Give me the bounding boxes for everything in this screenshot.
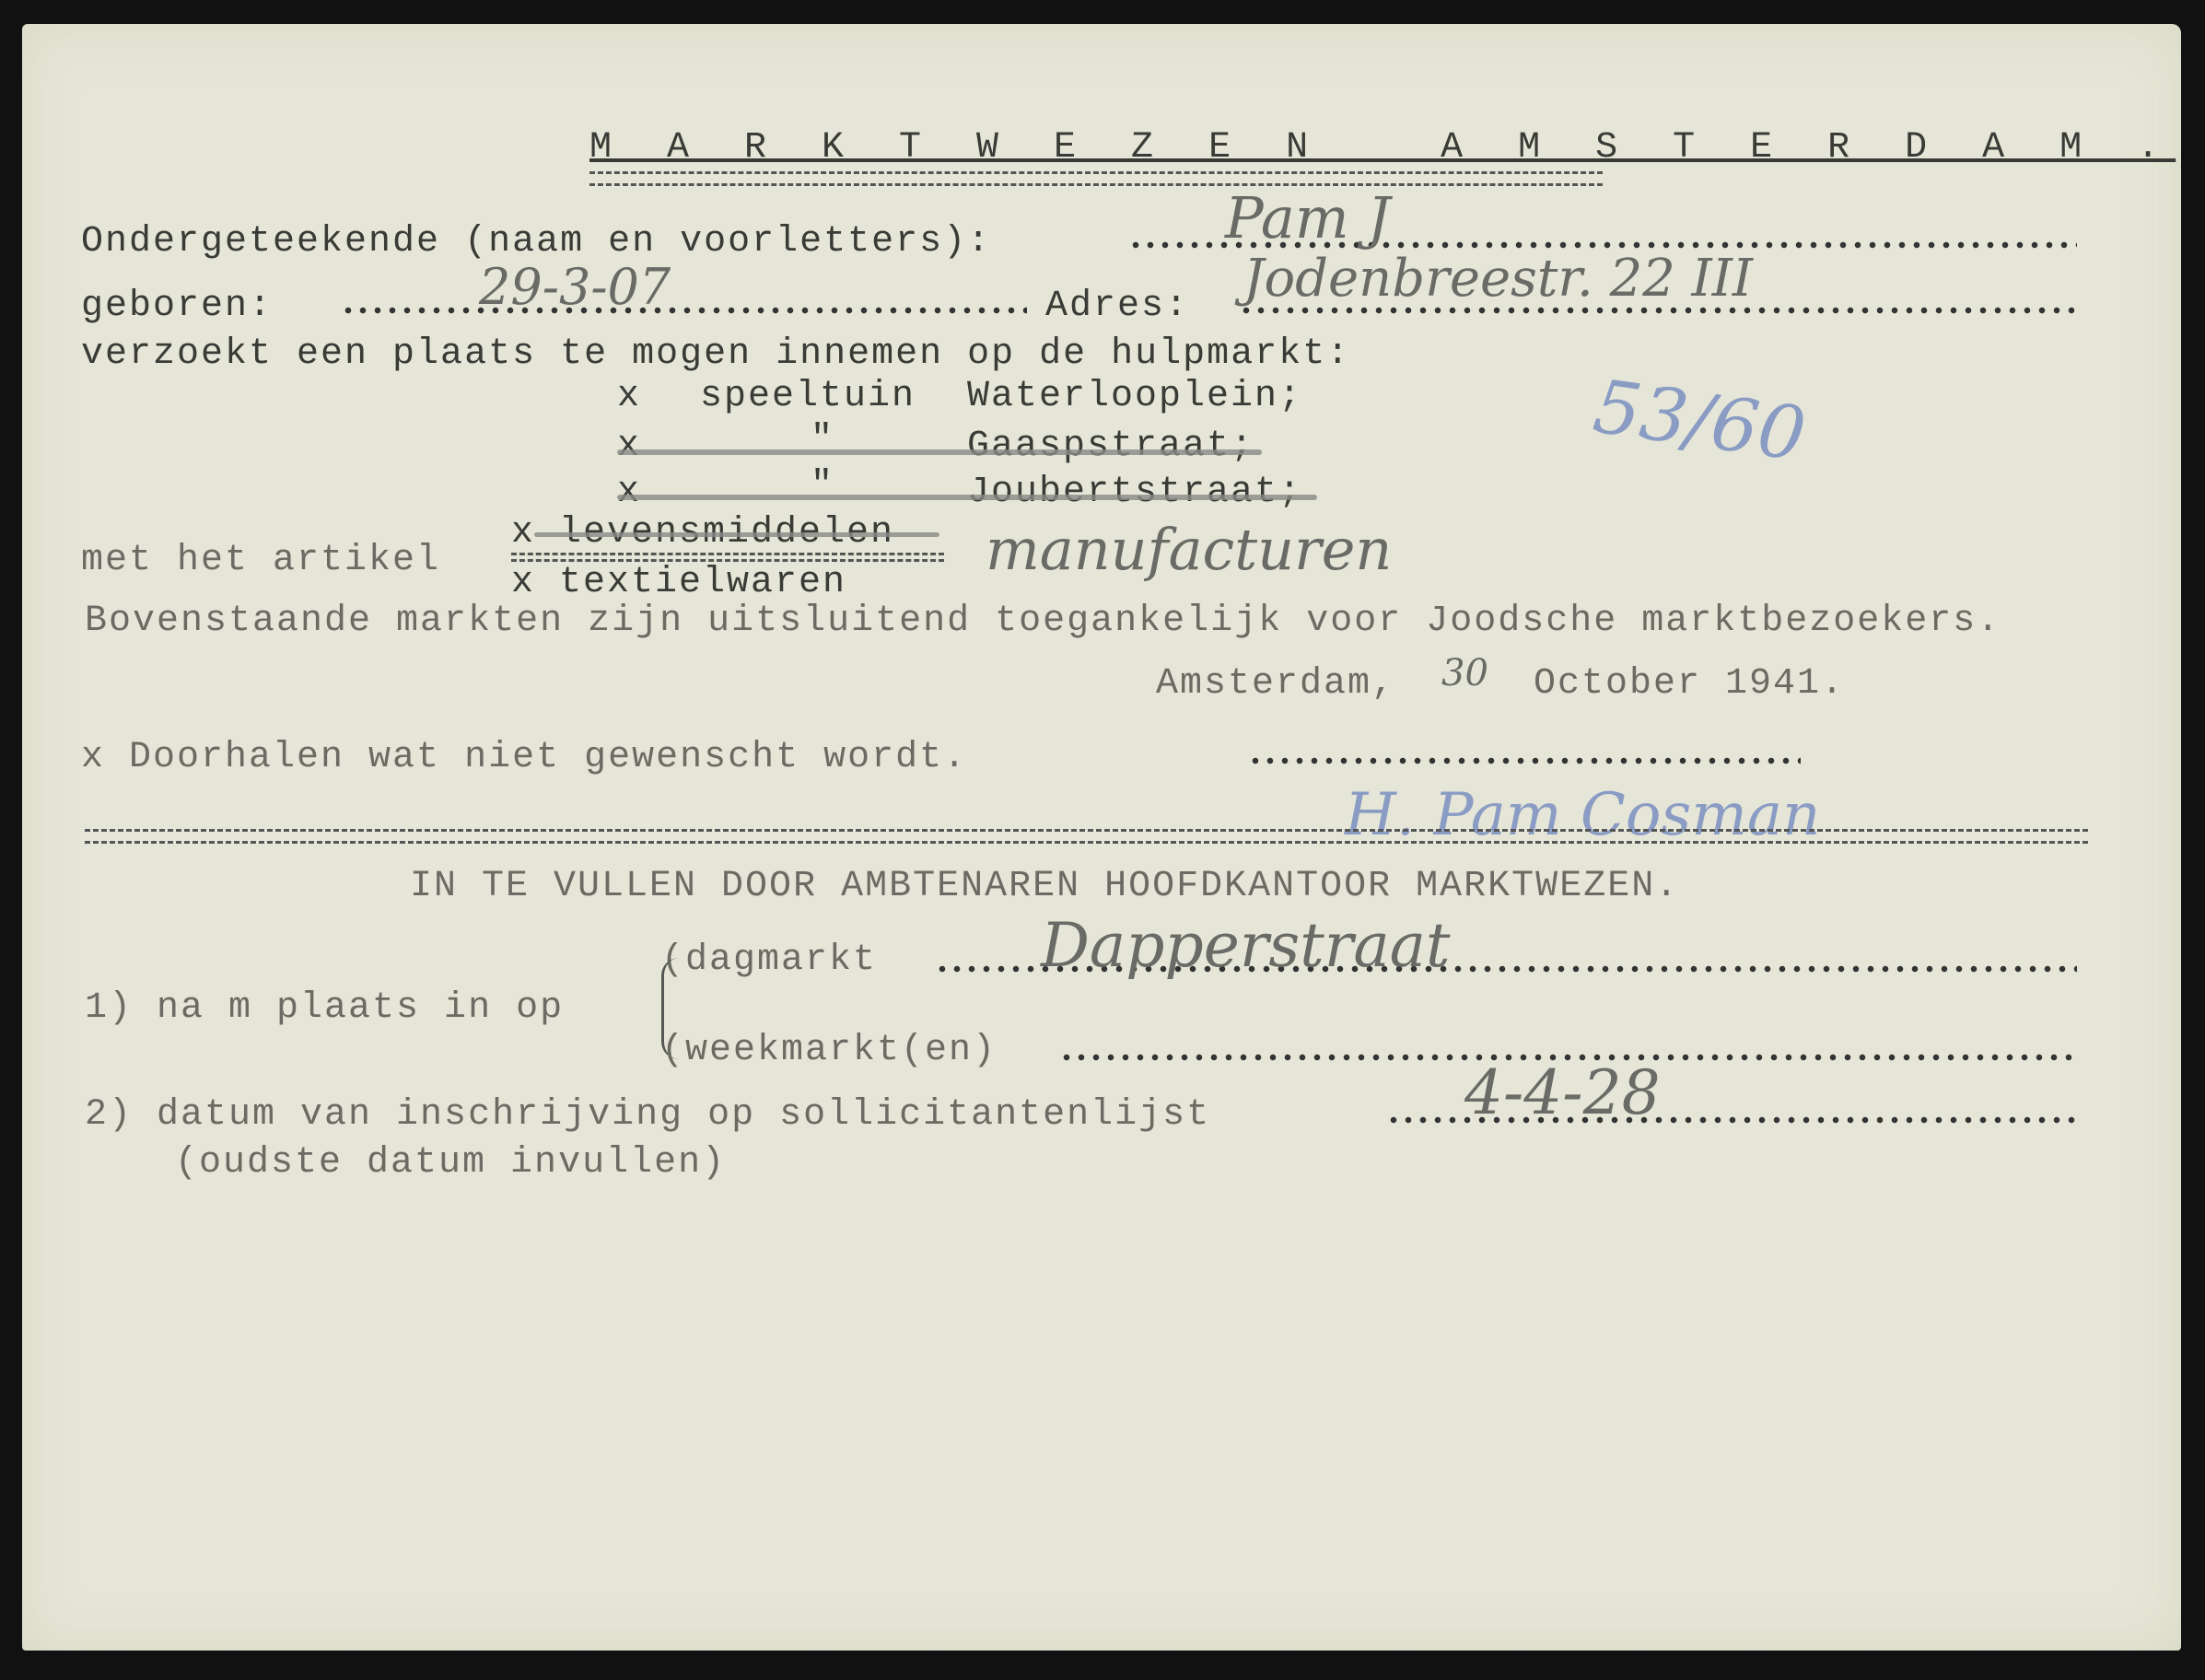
title-double-rule	[589, 171, 1603, 186]
market-name-1: Waterlooplein;	[967, 376, 1302, 417]
market-prefix-1: speeltuin	[700, 376, 916, 417]
article-option-2: x textielwaren	[511, 562, 846, 603]
item2-note: (oudste datum invullen)	[175, 1142, 726, 1184]
document-title: M A R K T W E Z E N A M S T E R D A M .	[589, 127, 2176, 169]
dagmarkt-value-handwritten: Dapperstraat	[1041, 910, 1451, 981]
born-label: geboren:	[81, 286, 273, 327]
section-separator	[85, 829, 2088, 844]
notice-text: Bovenstaande markten zijn uitsluitend to…	[85, 601, 2001, 642]
address-label: Adres:	[1045, 286, 1189, 327]
item2-label: 2) datum van inschrijving op sollicitant…	[85, 1094, 1210, 1136]
market-3-strikethrough	[617, 495, 1317, 500]
place-text: Amsterdam,	[1156, 663, 1395, 705]
market-marker-3: x	[617, 472, 641, 513]
name-value-handwritten: Pam J	[1225, 184, 1390, 251]
date-day-handwritten: 30	[1441, 652, 1488, 694]
market-2-strikethrough	[617, 449, 1262, 455]
article-fraction-rule	[511, 553, 944, 562]
item1-label: 1) na m plaats in op	[85, 987, 564, 1029]
address-value-handwritten: Jodenbreestr. 22 III	[1243, 249, 1753, 309]
office-heading: IN TE VULLEN DOOR AMBTENAREN HOOFDKANTOO…	[410, 866, 1679, 907]
market-marker-1: x	[617, 376, 641, 417]
born-value-handwritten: 29-3-07	[479, 258, 671, 316]
market-prefix-3: "	[811, 465, 834, 507]
article-handwritten: manufacturen	[986, 516, 1392, 583]
born-dots	[341, 307, 1027, 314]
footnote-text: x Doorhalen wat niet gewenscht wordt.	[81, 737, 967, 778]
weekmarkt-label: (weekmarkt(en)	[661, 1030, 997, 1071]
name-label: Ondergeteekende (naam en voorletters):	[81, 221, 991, 262]
date-month-year: October 1941.	[1534, 663, 1845, 705]
signature-dots	[1248, 757, 1801, 764]
article-label: met het artikel	[81, 540, 440, 581]
dagmarkt-label: (dagmarkt	[661, 939, 877, 981]
request-line: verzoekt een plaats te mogen innemen op …	[81, 333, 1350, 375]
market-name-3: Joubertstraat;	[967, 472, 1302, 513]
market-name-2: Gaaspstraat;	[967, 426, 1254, 467]
item2-value-handwritten: 4-4-28	[1464, 1057, 1661, 1128]
market-marker-2: x	[617, 426, 641, 467]
article-option-1-strikethrough	[534, 532, 939, 537]
